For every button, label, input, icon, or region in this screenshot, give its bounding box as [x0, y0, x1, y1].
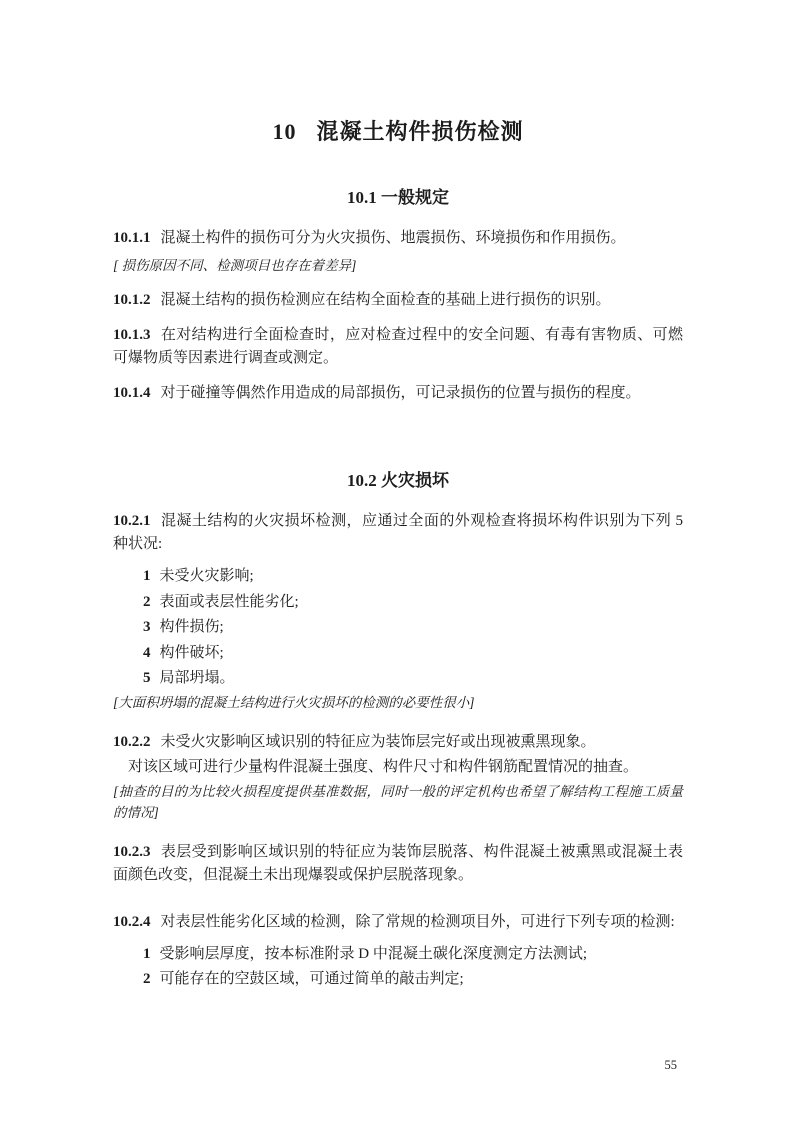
list-item-3: 3构件损伤;	[113, 615, 683, 641]
clause-10-2-4: 10.2.4对表层性能劣化区域的检测，除了常规的检测项目外，可进行下列专项的检测…	[113, 911, 683, 934]
list-item-1: 1未受火灾影响;	[113, 564, 683, 590]
section-heading-10-2: 10.2 火灾损坏	[113, 469, 683, 493]
list-item-text: 局部坍塌。	[160, 670, 235, 686]
list-item-number: 3	[143, 619, 151, 635]
clause-10-2-2-continuation: 对该区域可进行少量构件混凝土强度、构件尺寸和构件钢筋配置情况的抽查。	[113, 756, 683, 779]
clause-text: 对于碰撞等偶然作用造成的局部损伤，可记录损伤的位置与损伤的程度。	[161, 385, 641, 401]
clause-text: 混凝土结构的火灾损坏检测，应通过全面的外观检查将损坏构件识别为下列 5 种状况:	[113, 513, 683, 552]
list-item-text: 受影响层厚度，按本标准附录 D 中混凝土碳化深度测定方法测试;	[160, 946, 588, 962]
clause-10-1-3: 10.1.3在对结构进行全面检查时，应对检查过程中的安全问题、有毒有害物质、可燃…	[113, 324, 683, 370]
clause-number: 10.1.4	[113, 385, 151, 401]
clause-text: 表层受到影响区域识别的特征应为装饰层脱落、构件混凝土被熏黑或混凝土表面颜色改变，…	[113, 844, 683, 883]
commentary-note: [抽查的目的为比较火损程度提供基准数据，同时一般的评定机构也希望了解结构工程施工…	[113, 781, 683, 823]
list-item-number: 5	[143, 670, 151, 686]
clause-10-2-3: 10.2.3表层受到影响区域识别的特征应为装饰层脱落、构件混凝土被熏黑或混凝土表…	[113, 841, 683, 887]
document-page: 10混凝土构件损伤检测 10.1 一般规定 10.1.1混凝土构件的损伤可分为火…	[0, 0, 794, 1123]
list-item-2: 2可能存在的空鼓区域，可通过简单的敲击判定;	[113, 967, 683, 993]
special-inspection-list: 1受影响层厚度，按本标准附录 D 中混凝土碳化深度测定方法测试; 2可能存在的空…	[113, 942, 683, 993]
list-item-text: 可能存在的空鼓区域，可通过简单的敲击判定;	[160, 971, 464, 987]
section-heading-10-1: 10.1 一般规定	[113, 186, 683, 210]
clause-text: 对表层性能劣化区域的检测，除了常规的检测项目外，可进行下列专项的检测:	[161, 914, 675, 930]
clause-number: 10.1.3	[113, 327, 151, 343]
clause-number: 10.1.2	[113, 292, 151, 308]
page-content: 10混凝土构件损伤检测 10.1 一般规定 10.1.1混凝土构件的损伤可分为火…	[113, 118, 683, 993]
clause-10-1-1: 10.1.1混凝土构件的损伤可分为火灾损伤、地震损伤、环境损伤和作用损伤。	[113, 227, 683, 250]
list-item-4: 4构件破坏;	[113, 641, 683, 667]
clause-text: 在对结构进行全面检查时，应对检查过程中的安全问题、有毒有害物质、可燃可爆物质等因…	[113, 327, 683, 366]
list-item-text: 表面或表层性能劣化;	[160, 594, 299, 610]
list-item-text: 构件损伤;	[160, 619, 224, 635]
list-item-number: 2	[143, 594, 151, 610]
chapter-title-text: 混凝土构件损伤检测	[316, 119, 523, 144]
list-item-text: 未受火灾影响;	[160, 568, 254, 584]
clause-10-1-4: 10.1.4对于碰撞等偶然作用造成的局部损伤，可记录损伤的位置与损伤的程度。	[113, 382, 683, 405]
clause-text: 混凝土构件的损伤可分为火灾损伤、地震损伤、环境损伤和作用损伤。	[161, 230, 626, 246]
clause-number: 10.1.1	[113, 230, 151, 246]
commentary-note: [大面积坍塌的混凝土结构进行火灾损坏的检测的必要性很小]	[113, 692, 683, 713]
clause-10-2-2: 10.2.2未受火灾影响区域识别的特征应为装饰层完好或出现被熏黑现象。	[113, 731, 683, 754]
chapter-number: 10	[272, 119, 296, 144]
commentary-note: [ 损伤原因不同、检测项目也存在着差异]	[113, 255, 683, 276]
list-item-1: 1受影响层厚度，按本标准附录 D 中混凝土碳化深度测定方法测试;	[113, 942, 683, 968]
list-item-number: 4	[143, 645, 151, 661]
list-item-5: 5局部坍塌。	[113, 666, 683, 692]
clause-text: 混凝土结构的损伤检测应在结构全面检查的基础上进行损伤的识别。	[161, 292, 611, 308]
list-item-text: 构件破坏;	[160, 645, 224, 661]
clause-10-2-1: 10.2.1混凝土结构的火灾损坏检测，应通过全面的外观检查将损坏构件识别为下列 …	[113, 510, 683, 556]
clause-text: 未受火灾影响区域识别的特征应为装饰层完好或出现被熏黑现象。	[161, 734, 596, 750]
clause-number: 10.2.3	[113, 844, 151, 860]
clause-number: 10.2.4	[113, 914, 151, 930]
list-item-number: 1	[143, 946, 151, 962]
list-item-number: 2	[143, 971, 151, 987]
clause-number: 10.2.2	[113, 734, 151, 750]
chapter-title: 10混凝土构件损伤检测	[113, 118, 683, 146]
list-item-2: 2表面或表层性能劣化;	[113, 590, 683, 616]
fire-damage-status-list: 1未受火灾影响; 2表面或表层性能劣化; 3构件损伤; 4构件破坏; 5局部坍塌…	[113, 564, 683, 692]
page-number: 55	[665, 1058, 678, 1073]
list-item-number: 1	[143, 568, 151, 584]
clause-number: 10.2.1	[113, 513, 151, 529]
clause-10-1-2: 10.1.2混凝土结构的损伤检测应在结构全面检查的基础上进行损伤的识别。	[113, 289, 683, 312]
